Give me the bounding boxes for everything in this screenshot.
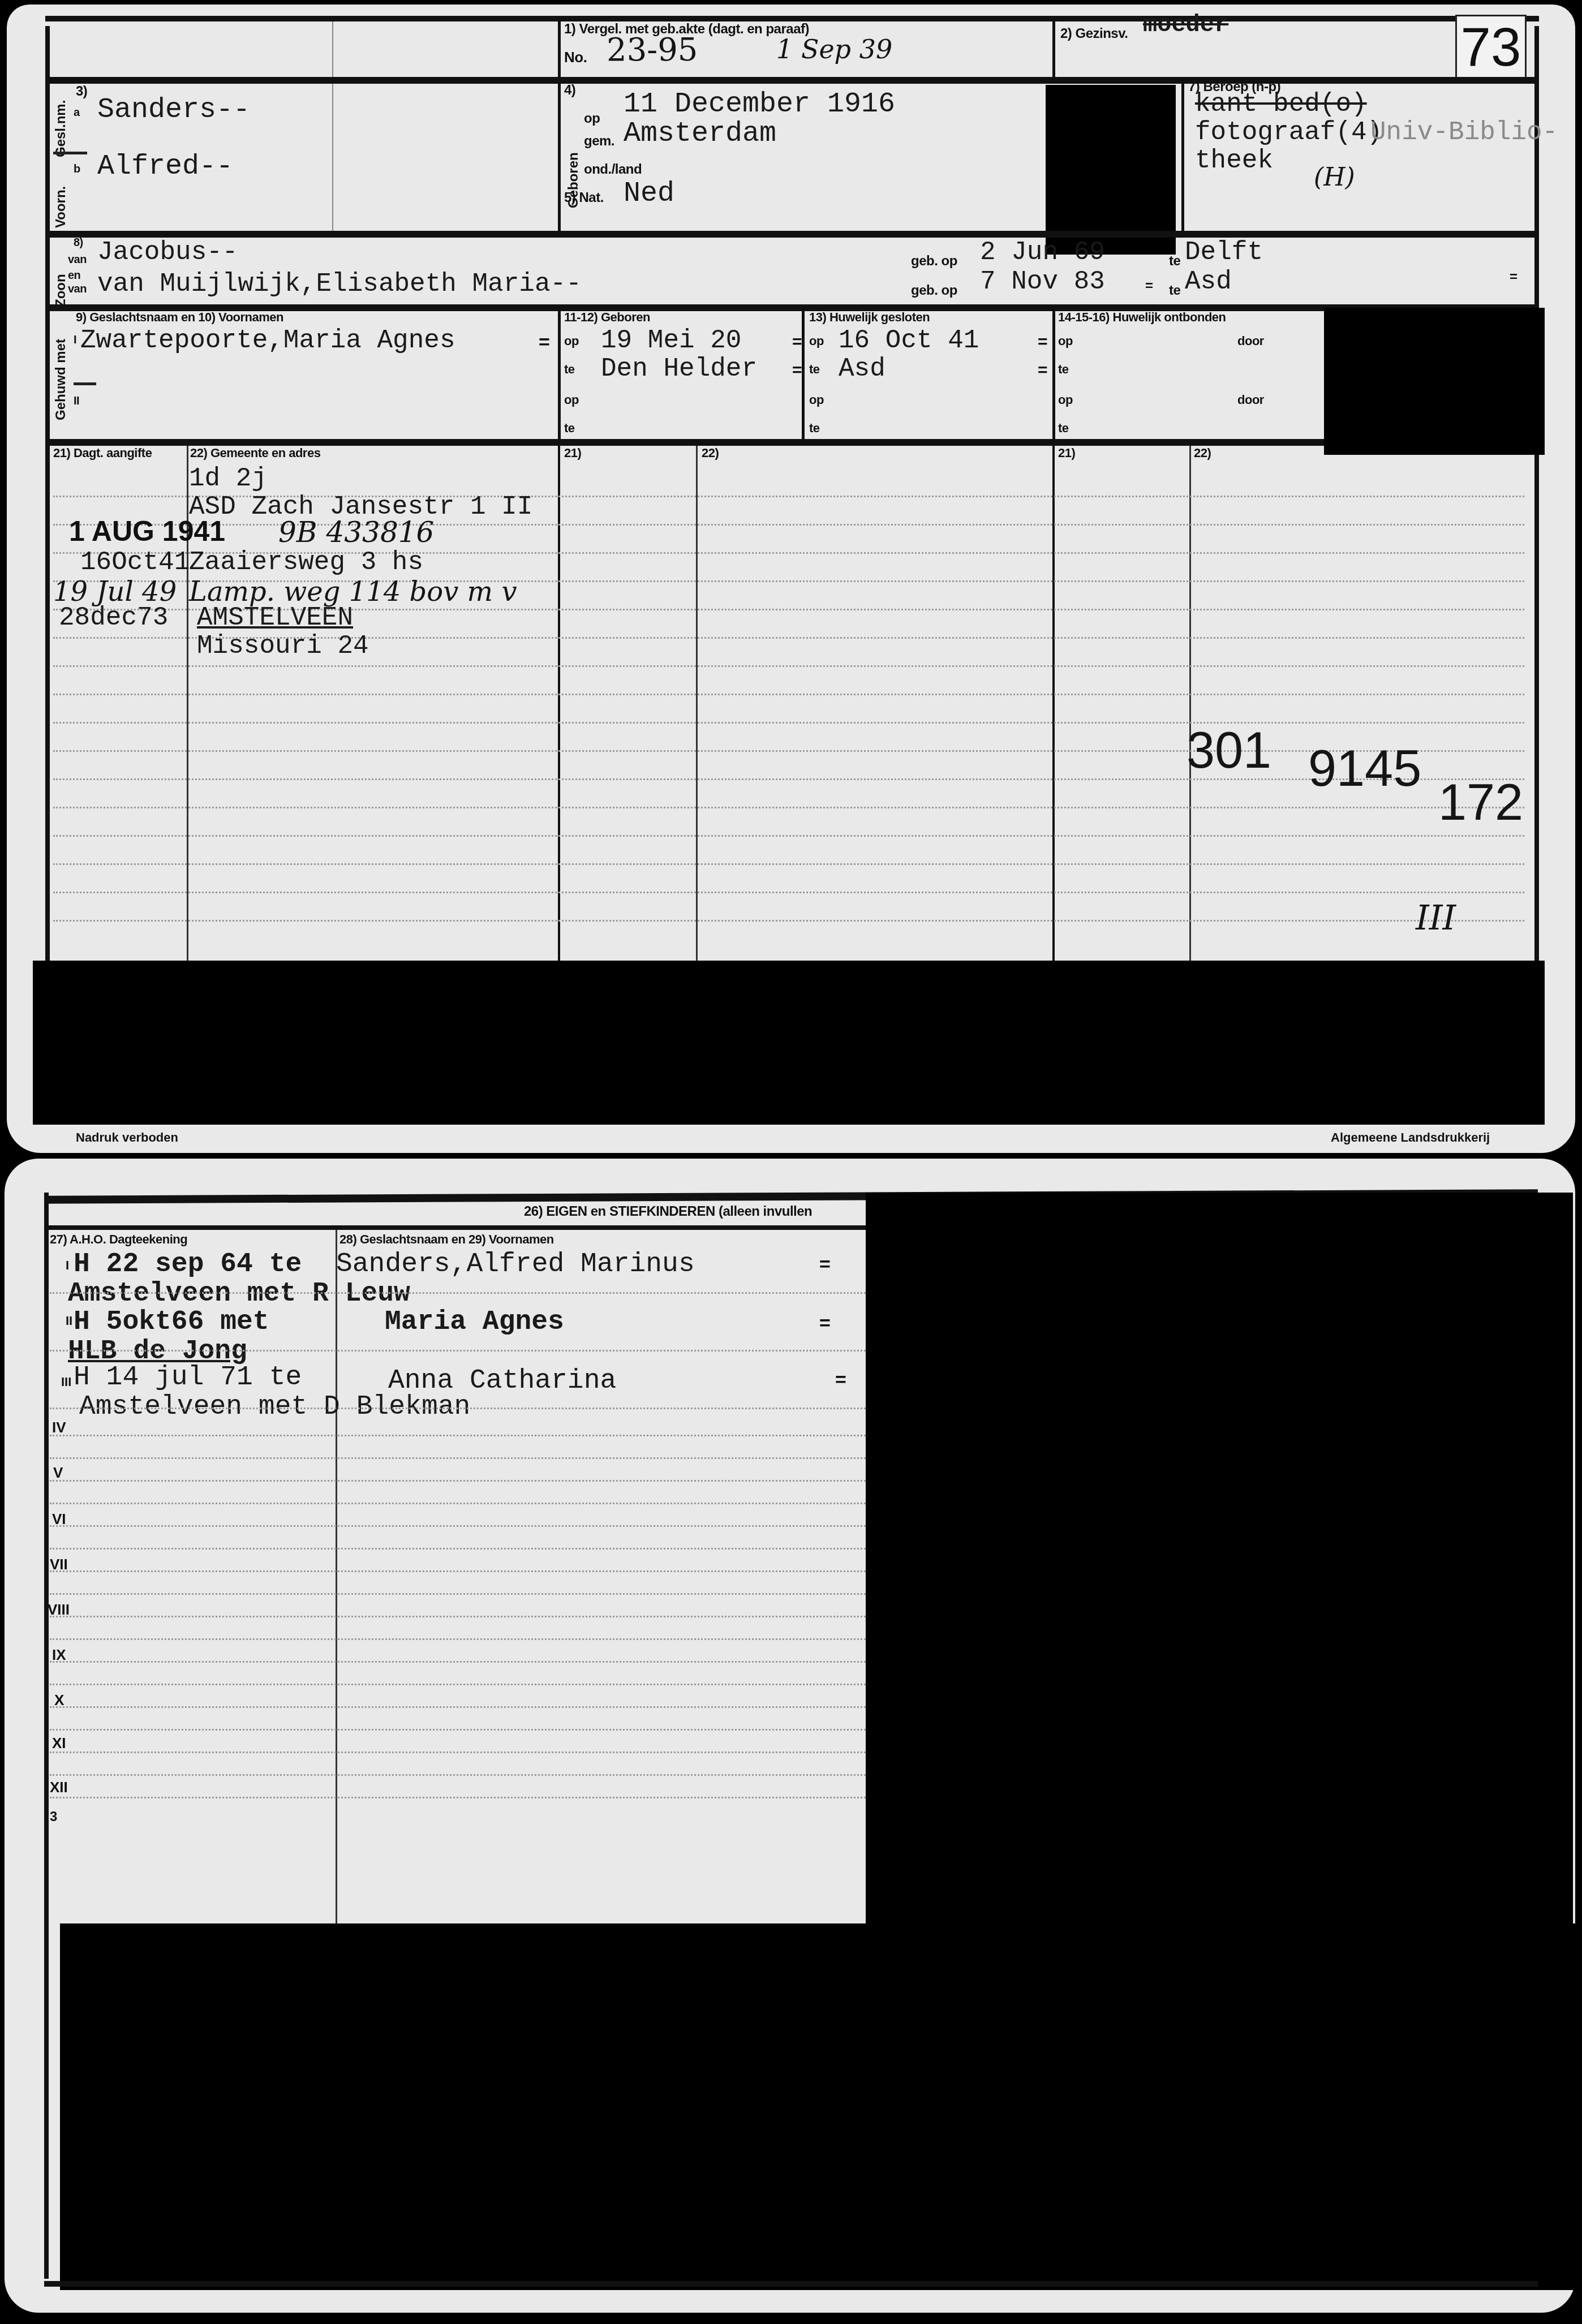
right-border <box>1534 26 1539 999</box>
rule-line <box>50 1751 876 1753</box>
te-label: te <box>564 421 575 436</box>
rule-line <box>50 1774 876 1776</box>
divider <box>1052 304 1055 440</box>
rule-line <box>50 1480 876 1482</box>
rule-line <box>53 892 1524 893</box>
address-entry: AMSTELVEEN <box>197 603 353 632</box>
rule-line <box>50 1350 876 1352</box>
bottom-border <box>44 2281 1538 2287</box>
rule-line <box>50 1616 876 1617</box>
roman-row-label: XII <box>50 1779 68 1796</box>
birth-date: 11 December 1916 <box>624 88 895 120</box>
rule-line <box>50 1435 876 1436</box>
op-label: op <box>1058 334 1073 348</box>
mother-birth-date: 7 Nov 83 <box>980 267 1105 296</box>
footer-right: Algemeene Landsdrukkerij <box>1331 1130 1490 1145</box>
redaction-block <box>866 1193 1573 1951</box>
row-divider <box>45 77 1539 84</box>
equals-mark: = <box>1145 278 1153 294</box>
divider <box>558 21 561 231</box>
section-marker: 3 <box>50 1809 57 1825</box>
rule-line <box>53 694 1524 695</box>
rule-line <box>50 1729 876 1731</box>
faint-divider <box>332 21 333 231</box>
section-26-label: 26) EIGEN en STIEFKINDEREN (alleen invul… <box>524 1204 812 1220</box>
door-label: door <box>1237 393 1264 407</box>
van-label-1: van <box>68 253 87 266</box>
roman-i: I <box>74 334 76 347</box>
te-label: te <box>1058 362 1069 377</box>
field-3-b-label: b <box>74 163 80 176</box>
row-divider <box>45 439 1324 446</box>
roman-i: I <box>66 1258 69 1273</box>
marriage-names-label: 9) Geslachtsnaam en 10) Voornamen <box>76 310 283 325</box>
side-label-zoon: Zoon <box>53 274 69 307</box>
birth-municipality: Amsterdam <box>624 118 776 150</box>
marriage-dissolved-label: 14-15-16) Huwelijk ontbonden <box>1058 310 1226 325</box>
divider <box>558 304 561 440</box>
divider <box>1052 446 1055 961</box>
field-4-label: 4) <box>564 83 575 98</box>
equals-mark: = <box>792 361 802 380</box>
child-name: Anna Catharina <box>388 1366 616 1396</box>
equals-mark: = <box>819 1312 830 1335</box>
field-3-a-label: a <box>74 106 80 119</box>
rule-line <box>53 807 1524 808</box>
op-label: op <box>809 334 824 348</box>
aho-entry: Amstelveen met R Leuw <box>68 1279 410 1309</box>
field-1-annotation: 1 Sep 39 <box>776 34 892 64</box>
redaction-block <box>1046 85 1176 255</box>
marriage-date-label: 13) Huwelijk gesloten <box>809 310 930 325</box>
col-21-label: 21) Dagt. aangifte <box>53 446 152 461</box>
redaction-block <box>33 961 1545 1125</box>
door-label: door <box>1237 334 1264 348</box>
equals-mark: = <box>539 332 549 354</box>
equals-mark: = <box>819 1254 830 1276</box>
spouse-name: Zwartepoorte,Maria Agnes <box>80 326 455 355</box>
rule-line <box>50 1408 876 1409</box>
handwritten-number: 172 <box>1438 774 1523 832</box>
occupation-faded: Univ-Biblio- <box>1370 118 1558 147</box>
rule-line <box>53 524 1524 526</box>
aho-entry: H 22 sep 64 te <box>74 1249 302 1280</box>
side-label-gehuwd-met: Gehuwd met <box>53 339 69 420</box>
side-label-gesl-nm: Gesl.nm. <box>53 100 69 157</box>
nationality: Ned <box>624 178 674 210</box>
side-label-voorn: Voorn. <box>53 186 69 228</box>
rule-line <box>50 1797 876 1798</box>
surname: Sanders-- <box>97 94 250 126</box>
en-label: en <box>68 269 80 282</box>
equals-mark: = <box>1038 361 1047 380</box>
op-label: op <box>564 393 579 407</box>
rule-line <box>50 1457 876 1459</box>
roman-ii: II <box>66 1314 72 1328</box>
op-label: op <box>1058 393 1073 407</box>
card-number-tag: 73 <box>1455 15 1527 80</box>
aho-entry: H 14 jul 71 te <box>74 1362 302 1393</box>
mother-te-label: te <box>1169 283 1180 299</box>
roman-ii: II <box>74 395 79 408</box>
field-1-no-label: No. <box>564 49 587 66</box>
row-divider <box>45 231 1539 238</box>
divider <box>696 446 698 961</box>
te-label: te <box>564 362 575 377</box>
roman-iii: III <box>61 1375 71 1389</box>
te-label: te <box>1058 421 1069 436</box>
redaction-block <box>60 1923 1582 2290</box>
rule-line <box>53 835 1524 837</box>
rule-line <box>53 750 1524 752</box>
rule-line <box>50 1684 876 1685</box>
op-label: op <box>809 393 824 407</box>
father-birth-date: 2 Jun 69 <box>980 238 1105 267</box>
marriage-place: Asd <box>839 354 885 384</box>
te-label: te <box>809 362 820 377</box>
op-label: op <box>564 334 579 348</box>
equals-mark: = <box>835 1369 846 1391</box>
rule-line <box>50 1706 876 1708</box>
address-entry: 1d 2j <box>189 464 267 493</box>
te-label: te <box>809 421 820 436</box>
left-border <box>45 26 50 999</box>
equals-mark: = <box>1510 269 1517 285</box>
address-entry-handwritten: 9B 433816 <box>278 516 434 549</box>
rule-line <box>50 1292 876 1294</box>
left-border <box>44 1193 49 2279</box>
address-entry: Zaaiersweg 3 hs <box>189 548 423 577</box>
address-entry: Missouri 24 <box>197 631 369 661</box>
rule-line <box>50 1570 876 1572</box>
spouse-born-label: 11-12) Geboren <box>564 310 650 325</box>
occupation-line-2: fotograaf(4) <box>1195 118 1382 147</box>
stamp-date: 1 AUG 1941 <box>69 515 225 548</box>
divider <box>1189 446 1191 961</box>
roman-row-label: IV <box>52 1419 66 1436</box>
redaction-block <box>1324 308 1545 455</box>
top-border <box>45 16 1539 21</box>
card-front: 1) Vergel. met geb.akte (dagt. en paraaf… <box>7 5 1575 1153</box>
field-3-label: 3) <box>76 84 87 100</box>
rule-line <box>53 863 1524 865</box>
divider <box>558 446 560 961</box>
field-2-label: 2) Gezinsv. <box>1060 26 1128 42</box>
rule-line <box>50 1638 876 1640</box>
card-back: 26) EIGEN en STIEFKINDEREN (alleen invul… <box>5 1159 1575 2313</box>
rule-line <box>53 665 1524 667</box>
rule-line <box>53 722 1524 724</box>
marriage-date: 16 Oct 41 <box>839 326 979 355</box>
father-birth-place: Delft <box>1185 238 1263 267</box>
address-date: 28dec73 <box>59 603 168 632</box>
spouse-birth-place: Den Helder <box>601 354 757 384</box>
handwritten-number: 301 <box>1186 722 1271 780</box>
field-4-gem-label: gem. <box>584 134 614 149</box>
divider <box>1181 78 1184 231</box>
occupation-line-3: theek <box>1195 146 1273 175</box>
col-28-29-label: 28) Geslachtsnaam en 29) Voornamen <box>339 1232 554 1247</box>
equals-mark: = <box>1038 333 1047 352</box>
col-21c-label: 21) <box>1058 446 1075 461</box>
divider <box>802 304 805 440</box>
rule-line <box>50 1548 876 1550</box>
father-te-label: te <box>1169 253 1180 269</box>
rule-line <box>50 1525 876 1527</box>
child-name: Maria Agnes <box>385 1307 564 1337</box>
col-27-label: 27) A.H.O. Dagteekening <box>50 1232 187 1247</box>
field-4-op-label: op <box>584 111 600 127</box>
rule-line <box>53 920 1524 922</box>
rule-line <box>50 1593 876 1595</box>
address-date: 16Oct41 <box>80 548 190 577</box>
mother-name: van Muijlwijk,Elisabeth Maria-- <box>97 269 582 299</box>
rule-line <box>50 1503 876 1504</box>
field-4-ond-land-label: ond./land <box>584 162 642 178</box>
field-1-no-value: 23-95 <box>607 32 698 68</box>
spouse-birth-date: 19 Mei 20 <box>601 326 741 355</box>
col-22c-label: 22) <box>1194 446 1211 461</box>
divider <box>1052 21 1055 84</box>
occupation-annotation: (H) <box>1314 163 1355 192</box>
aho-entry: H 5okt66 met <box>74 1307 269 1337</box>
given-names: Alfred-- <box>97 150 233 183</box>
father-name: Jacobus-- <box>97 238 238 267</box>
field-5-nat-label: 5) Nat. <box>564 190 604 206</box>
rule-line <box>53 778 1524 780</box>
van-label-2: van <box>68 283 87 296</box>
col-22b-label: 22) <box>702 446 719 461</box>
handwritten-number: III <box>1416 898 1456 938</box>
divider <box>74 382 96 385</box>
equals-mark: = <box>792 333 802 352</box>
divider <box>53 152 87 154</box>
rule-line <box>50 1661 876 1663</box>
handwritten-number: 9145 <box>1308 740 1421 798</box>
mother-birth-place: Asd <box>1185 267 1232 296</box>
aho-entry: Amstelveen met D Blekman <box>79 1392 470 1422</box>
field-8-label: 8) <box>74 236 83 249</box>
occupation-struck: kant-bed(o) <box>1195 89 1367 119</box>
father-geb-op-label: geb. op <box>911 253 957 269</box>
col-21b-label: 21) <box>564 446 581 461</box>
field-2-value: moeder <box>1143 11 1228 38</box>
col-22-label: 22) Gemeente en adres <box>190 446 320 461</box>
roman-row-label: V <box>53 1464 63 1482</box>
footer-left: Nadruk verboden <box>76 1130 178 1145</box>
child-name: Sanders,Alfred Marinus <box>336 1249 695 1280</box>
mother-geb-op-label: geb. op <box>911 283 957 299</box>
roman-row-label: XI <box>52 1735 66 1752</box>
